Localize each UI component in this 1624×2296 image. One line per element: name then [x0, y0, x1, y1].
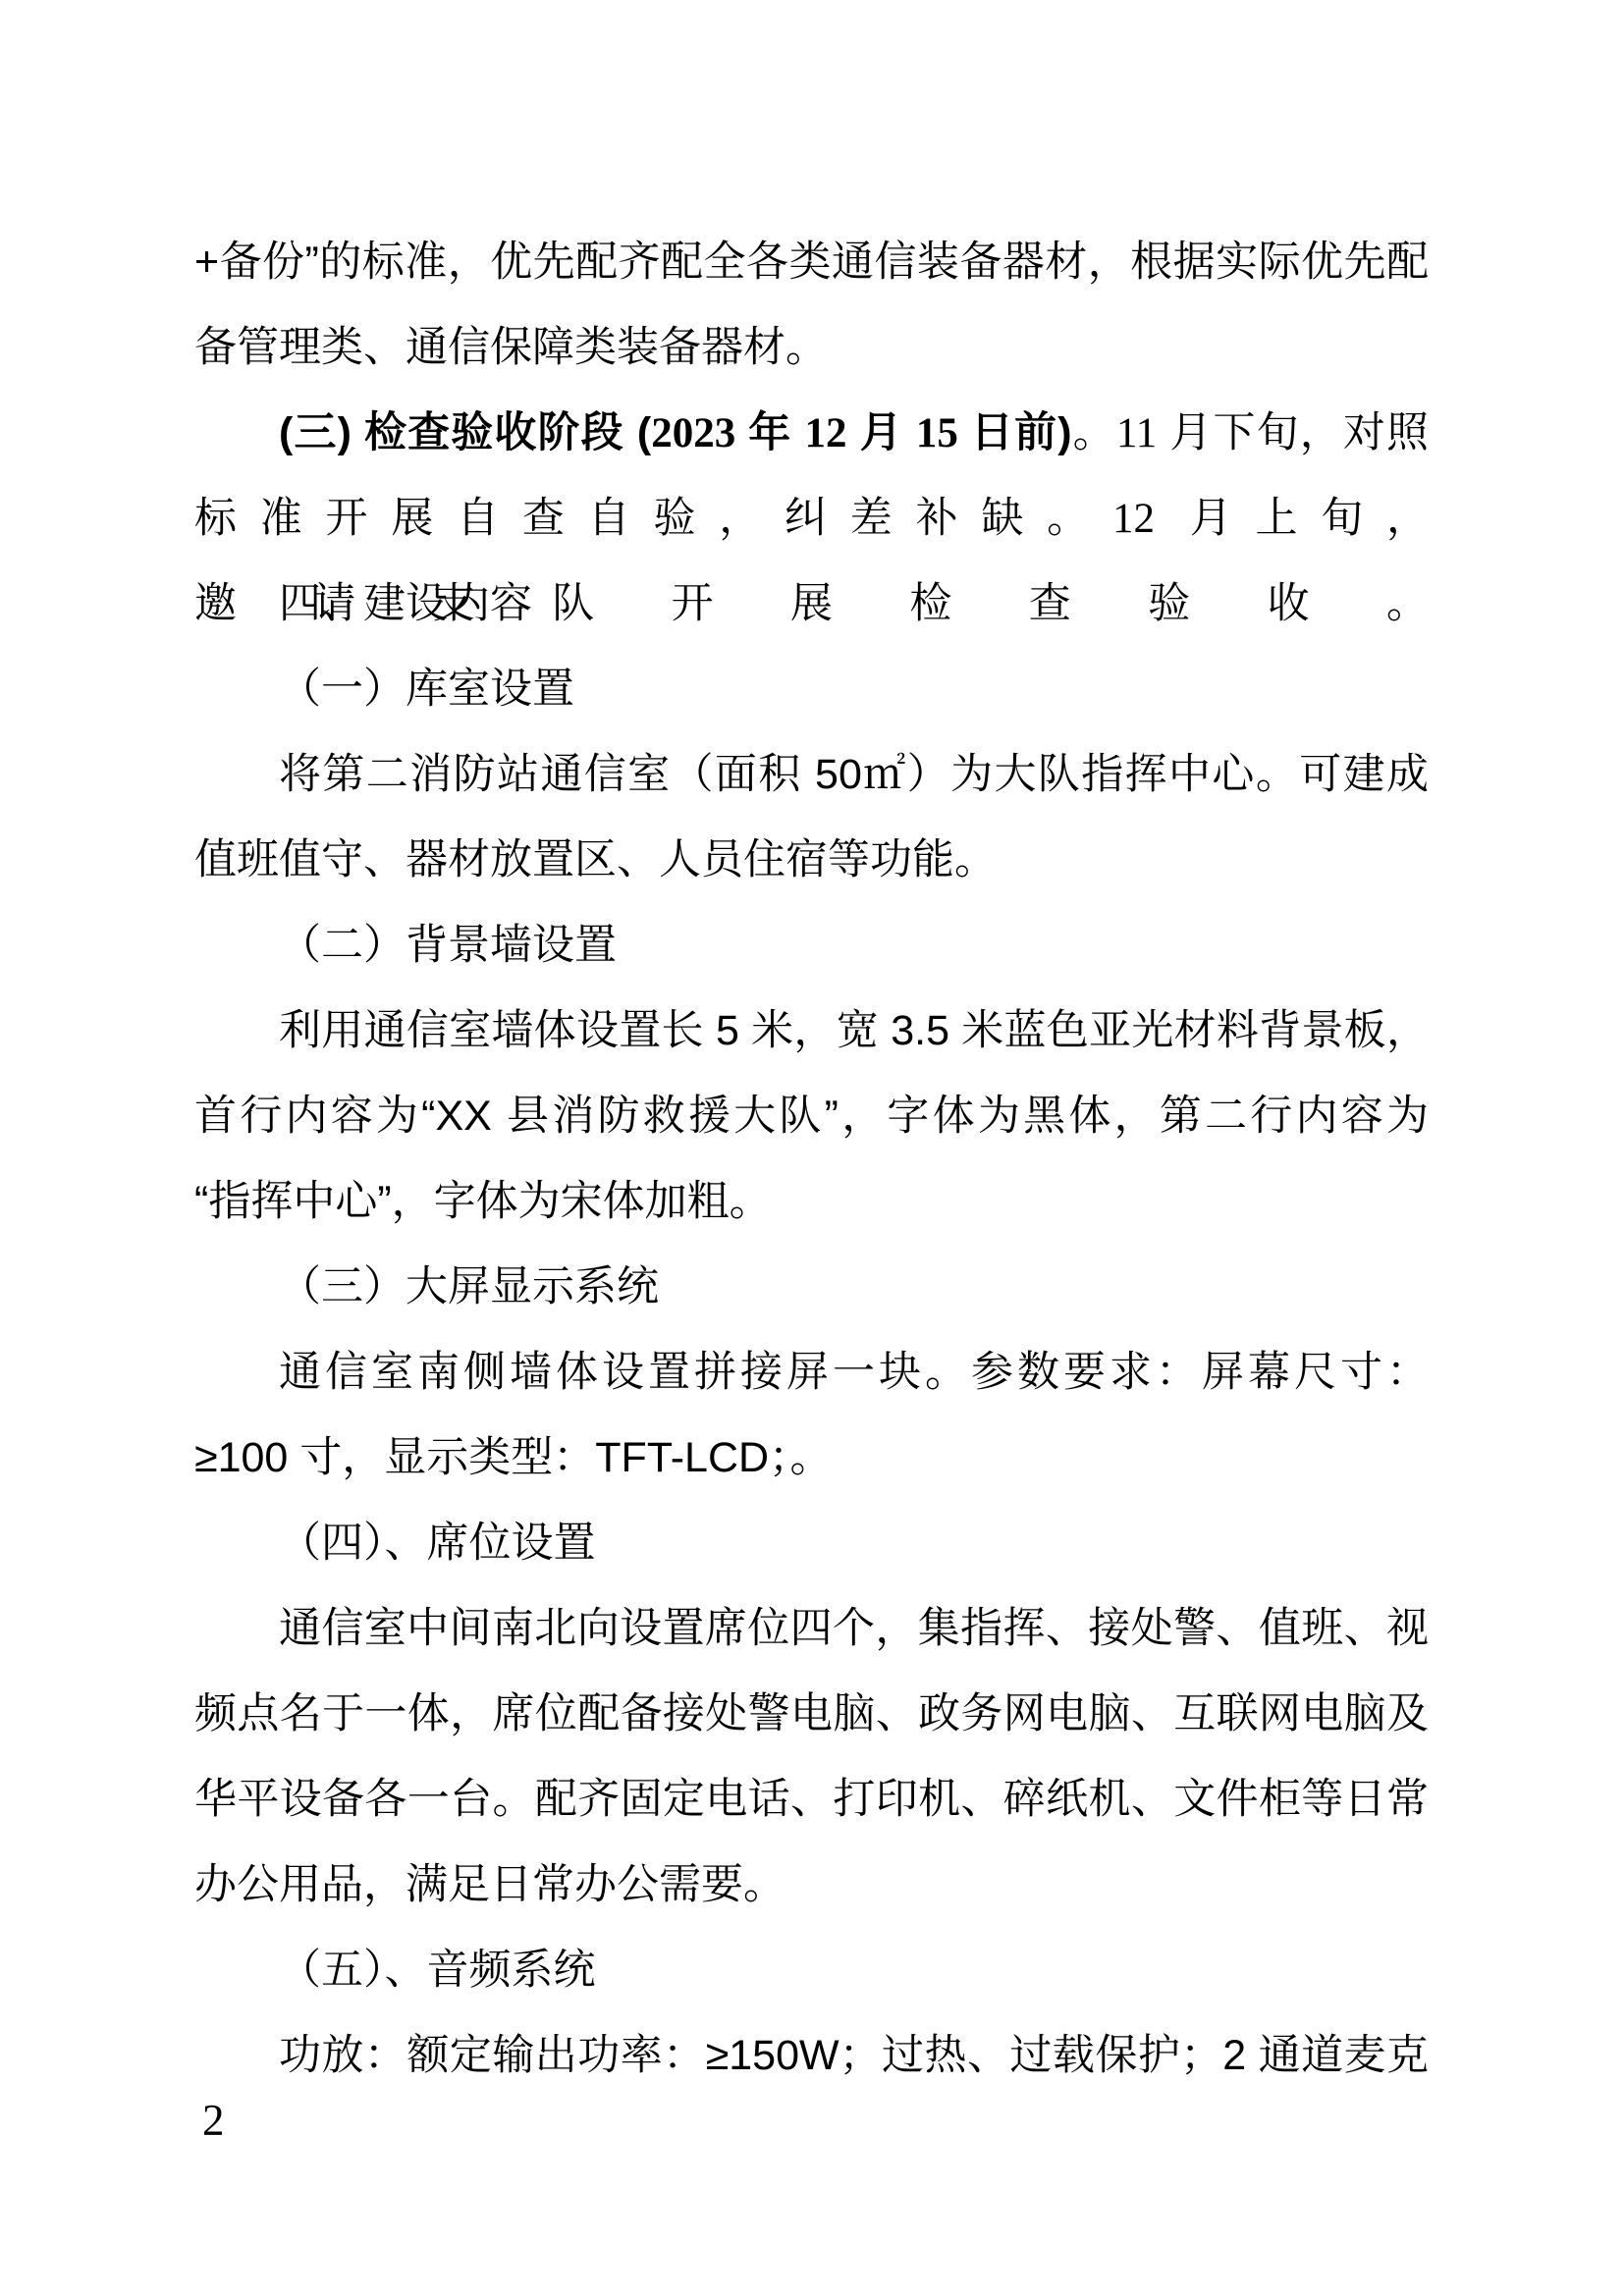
text-line: 首行内容为“XX 县消防救援大队”，字体为黑体，第二行内容为	[194, 1074, 1429, 1159]
text-run: （二）背景墙设置	[279, 922, 617, 969]
text-line: 利用通信室墙体设置长 5 米，宽 3.5 米蓝色亚光材料背景板，	[194, 988, 1429, 1074]
text-run: 15	[916, 410, 958, 456]
text-line: 通信室南侧墙体设置拼接屏一块。参数要求：屏幕尺寸：	[194, 1330, 1429, 1415]
text-run: 日前)	[958, 409, 1072, 456]
text-run: 12	[805, 410, 847, 456]
text-line: 频点名于一体，席位配备接处警电脑、政务网电脑、互联网电脑及	[194, 1672, 1429, 1757]
text-run: （四）、席位设置	[279, 1520, 596, 1567]
page-number: 2	[202, 2097, 225, 2144]
text-run: 将第二消防站通信室（面积 50㎡）为大队指挥中心。可建成	[279, 751, 1429, 798]
document-page: +备份”的标准，优先配齐配全各类通信装备器材，根据实际优先配备管理类、通信保障类…	[0, 0, 1624, 2296]
text-run: 通信室南侧墙体设置拼接屏一块。参数要求：屏幕尺寸：	[279, 1349, 1429, 1396]
text-line: 功放：额定输出功率：≥150W；过热、过载保护；2 通道麦克	[194, 2013, 1429, 2099]
text-line: （五）、音频系统	[194, 1928, 1429, 2013]
text-run: 月下旬，对照	[1157, 409, 1429, 456]
text-run: 办公用品，满足日常办公需要。	[194, 1861, 785, 1908]
text-run: 年	[735, 409, 804, 456]
text-line: （三）大屏显示系统	[194, 1245, 1429, 1330]
text-line: ≥100 寸，显示类型：TFT-LCD；。	[194, 1415, 1429, 1501]
text-run: 功放：额定输出功率：≥150W；过热、过载保护；2 通道麦克	[279, 2032, 1429, 2079]
text-line: 备管理类、通信保障类装备器材。	[194, 305, 1429, 391]
text-run: 利用通信室墙体设置长 5 米，宽 3.5 米蓝色亚光材料背景板，	[279, 1007, 1429, 1054]
text-run: （五）、音频系统	[279, 1947, 596, 1994]
text-run: ≥100 寸，显示类型：TFT-LCD；。	[194, 1434, 833, 1481]
text-run: 。	[1072, 409, 1116, 456]
text-line: （二）背景墙设置	[194, 903, 1429, 988]
text-line: （一）库室设置	[194, 647, 1429, 732]
text-line: 办公用品，满足日常办公需要。	[194, 1842, 1429, 1928]
text-line: “指挥中心”，字体为宋体加粗。	[194, 1159, 1429, 1245]
text-run: 11	[1116, 410, 1157, 456]
text-line: （四）、席位设置	[194, 1501, 1429, 1586]
document-body: +备份”的标准，优先配齐配全各类通信装备器材，根据实际优先配备管理类、通信保障类…	[194, 220, 1429, 2099]
text-run: （一）库室设置	[279, 666, 574, 713]
text-line: 通信室中间南北向设置席位四个，集指挥、接处警、值班、视	[194, 1586, 1429, 1672]
text-run: 四、建设内容	[279, 580, 532, 627]
text-line: (三) 检查验收阶段 (2023 年 12 月 15 日前)。11 月下旬，对照	[194, 391, 1429, 476]
text-line: 标准开展自查自验，纠差补缺。12 月上旬，邀请支队开展检查验收。	[194, 476, 1429, 561]
text-line: 华平设备各一台。配齐固定电话、打印机、碎纸机、文件柜等日常	[194, 1757, 1429, 1842]
text-run: +备份”的标准，优先配齐配全各类通信装备器材，根据实际优先配	[194, 239, 1429, 286]
text-run: 12	[1112, 496, 1155, 542]
text-run: 备管理类、通信保障类装备器材。	[194, 324, 828, 371]
text-line: 将第二消防站通信室（面积 50㎡）为大队指挥中心。可建成	[194, 732, 1429, 818]
text-run: 2023	[651, 410, 735, 456]
text-line: 值班值守、器材放置区、人员住宿等功能。	[194, 818, 1429, 903]
text-run: “指挥中心”，字体为宋体加粗。	[194, 1178, 772, 1225]
text-run: 标准开展自查自验，纠差补缺。	[194, 495, 1112, 542]
text-run: 月	[847, 409, 916, 456]
text-run: 通信室中间南北向设置席位四个，集指挥、接处警、值班、视	[279, 1605, 1429, 1652]
text-run: 频点名于一体，席位配备接处警电脑、政务网电脑、互联网电脑及	[194, 1690, 1429, 1737]
text-run: (三) 检查验收阶段 (	[279, 409, 651, 456]
text-run: 首行内容为“XX 县消防救援大队”，字体为黑体，第二行内容为	[194, 1093, 1429, 1140]
text-line: +备份”的标准，优先配齐配全各类通信装备器材，根据实际优先配	[194, 220, 1429, 305]
text-run: 值班值守、器材放置区、人员住宿等功能。	[194, 836, 997, 883]
text-run: （三）大屏显示系统	[279, 1263, 659, 1310]
text-run: 华平设备各一台。配齐固定电话、打印机、碎纸机、文件柜等日常	[194, 1776, 1429, 1823]
